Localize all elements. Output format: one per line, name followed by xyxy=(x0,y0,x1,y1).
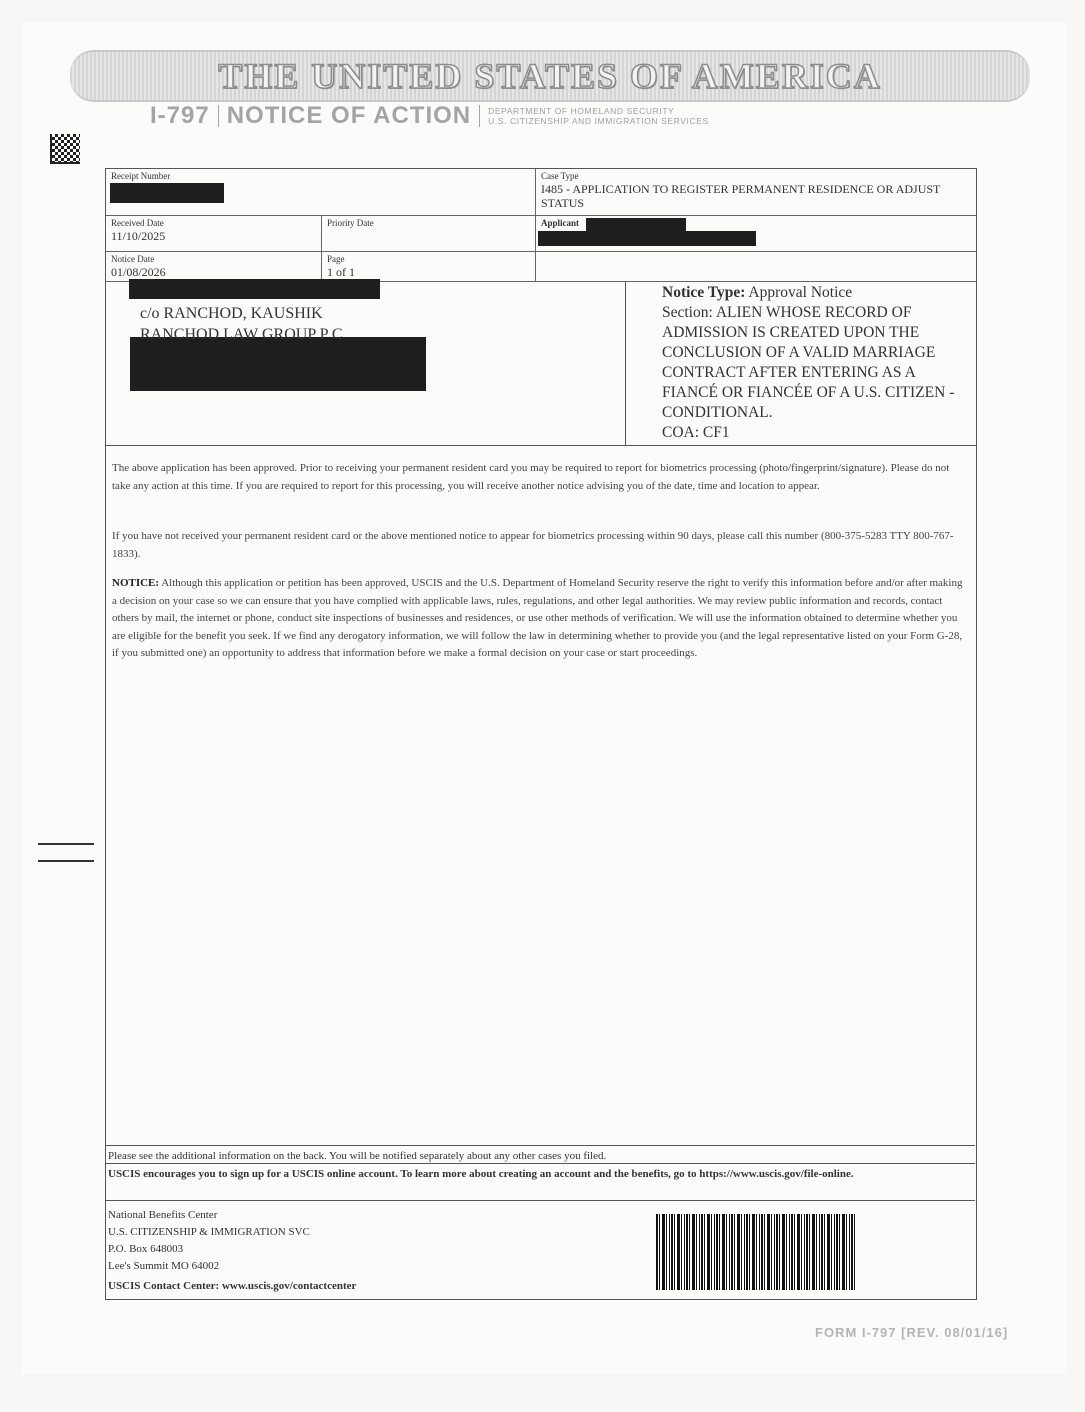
header-divider xyxy=(218,105,219,127)
case-type-label: Case Type xyxy=(541,171,578,181)
applicant-redaction xyxy=(586,218,686,232)
form-revision: FORM I-797 [REV. 08/01/16] xyxy=(815,1325,1008,1340)
approval-paragraph: The above application has been approved.… xyxy=(112,460,970,495)
notice-label: NOTICE: xyxy=(112,577,159,589)
verification-notice-paragraph: NOTICE: Although this application or pet… xyxy=(112,575,970,663)
applicant-redaction xyxy=(538,231,756,246)
priority-date-cell: Priority Date xyxy=(322,216,536,252)
seal-banner: THE UNITED STATES OF AMERICA xyxy=(70,50,1030,102)
received-date-cell: Received Date 11/10/2025 xyxy=(106,216,322,252)
page-value: 1 of 1 xyxy=(327,265,355,280)
form-title: NOTICE OF ACTION xyxy=(227,102,471,130)
mailing-address: c/o RANCHOD, KAUSHIK RANCHOD LAW GROUP P… xyxy=(140,303,343,345)
receipt-number-label: Receipt Number xyxy=(111,171,170,181)
applicant-label: Applicant xyxy=(541,218,579,228)
section-divider xyxy=(106,445,976,446)
page-cell: Page 1 of 1 xyxy=(322,252,536,282)
contact-center-link[interactable]: USCIS Contact Center: www.uscis.gov/cont… xyxy=(108,1280,356,1292)
notice-type: Notice Type: Approval Notice xyxy=(662,283,975,303)
notice-type-box: Notice Type: Approval Notice Section: AL… xyxy=(625,281,975,445)
header-divider xyxy=(479,105,480,127)
notice-section: Section: ALIEN WHOSE RECORD OF ADMISSION… xyxy=(662,303,972,423)
office-line-4: Lee's Summit MO 64002 xyxy=(108,1258,310,1275)
banner-title: THE UNITED STATES OF AMERICA xyxy=(218,55,881,97)
barcode-icon xyxy=(656,1214,856,1290)
datamatrix-code-icon xyxy=(50,134,80,164)
case-type-value: I485 - APPLICATION TO REGISTER PERMANENT… xyxy=(541,182,961,210)
office-line-2: U.S. CITIZENSHIP & IMMIGRATION SVC xyxy=(108,1224,310,1241)
office-line-1: National Benefits Center xyxy=(108,1207,310,1224)
notice-type-label: Notice Type: xyxy=(662,284,745,301)
office-divider xyxy=(105,1200,975,1205)
receipt-number-cell: Receipt Number xyxy=(106,169,536,216)
biometrics-paragraph: If you have not received your permanent … xyxy=(112,528,970,563)
case-type-cell: Case Type I485 - APPLICATION TO REGISTER… xyxy=(536,169,976,216)
blank-cell xyxy=(536,252,976,282)
priority-date-label: Priority Date xyxy=(327,218,374,228)
service-center-address: National Benefits Center U.S. CITIZENSHI… xyxy=(108,1207,310,1275)
applicant-cell: Applicant xyxy=(536,216,976,252)
fold-mark xyxy=(38,860,94,862)
department-name: DEPARTMENT OF HOMELAND SECURITY U.S. CIT… xyxy=(488,106,709,126)
address-line-2: RANCHOD LAW GROUP P C xyxy=(140,324,343,345)
notice-date-label: Notice Date xyxy=(111,254,154,264)
address-line-1: c/o RANCHOD, KAUSHIK xyxy=(140,303,343,324)
recipient-name-redaction xyxy=(129,279,380,299)
additional-info-row: Please see the additional information on… xyxy=(105,1145,975,1165)
department-line-2: U.S. CITIZENSHIP AND IMMIGRATION SERVICE… xyxy=(488,116,709,126)
received-date-value: 11/10/2025 xyxy=(111,229,165,244)
page-label: Page xyxy=(327,254,345,264)
online-account-row: USCIS encourages you to sign up for a US… xyxy=(105,1163,975,1201)
notice-type-value: Approval Notice xyxy=(748,284,852,301)
received-date-label: Received Date xyxy=(111,218,164,228)
form-id: I-797 xyxy=(150,102,210,130)
form-header: I-797 NOTICE OF ACTION DEPARTMENT OF HOM… xyxy=(150,100,709,132)
receipt-number-redaction xyxy=(110,183,224,203)
notice-coa: COA: CF1 xyxy=(662,423,975,443)
notice-text: Although this application or petition ha… xyxy=(112,577,963,659)
recipient-address-redaction xyxy=(130,337,426,391)
office-line-3: P.O. Box 648003 xyxy=(108,1241,310,1258)
fold-mark xyxy=(38,843,94,845)
notice-date-cell: Notice Date 01/08/2026 xyxy=(106,252,322,282)
department-line-1: DEPARTMENT OF HOMELAND SECURITY xyxy=(488,106,709,116)
notice-date-value: 01/08/2026 xyxy=(111,265,166,280)
